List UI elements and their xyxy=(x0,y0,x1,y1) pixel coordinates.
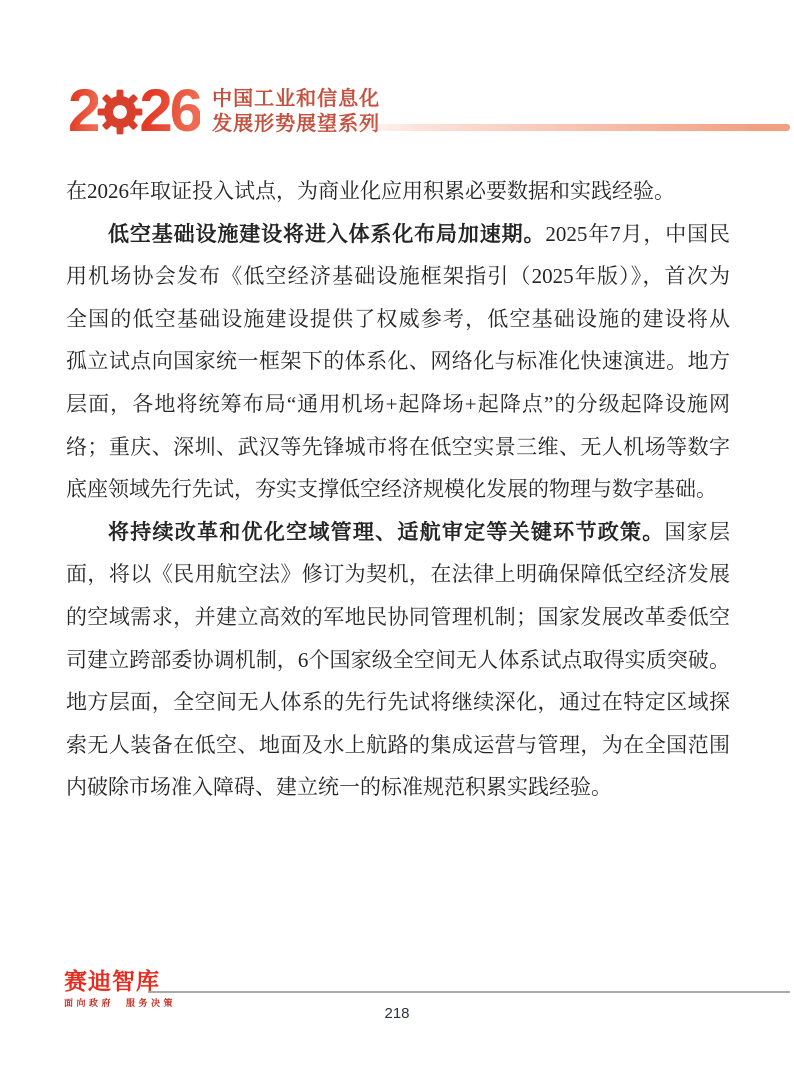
text-line: 用机场协会发布《低空经济基础设施框架指引（2025年版）》，首次为 xyxy=(66,255,730,298)
text-line: 层面，各地将统筹布局“通用机场+起降场+起降点”的分级起降设施网 xyxy=(66,383,730,426)
text-segment: 底座领域先行先试，夯实支撑低空经济规模化发展的物理与数字基础。 xyxy=(66,477,717,501)
text-line: 低空基础设施建设将进入体系化布局加速期。2025年7月，中国民 xyxy=(66,213,730,256)
page-number: 218 xyxy=(0,1005,794,1022)
text-segment: 用机场协会发布《低空经济基础设施框架指引（2025年版）》，首次为 xyxy=(66,264,730,288)
text-line: 孤立试点向国家统一框架下的体系化、网络化与标准化快速演进。地方 xyxy=(66,340,730,383)
header-gradient-bar xyxy=(330,124,790,131)
text-line: 地方层面，全空间无人体系的先行先试将继续深化，通过在特定区域探 xyxy=(66,681,730,724)
text-line: 内破除市场准入障碍、建立统一的标准规范积累实践经验。 xyxy=(66,766,730,809)
text-line: 面，将以《民用航空法》修订为契机，在法律上明确保障低空经济发展 xyxy=(66,553,730,596)
text-segment: 国家层 xyxy=(664,520,730,544)
logo-year-right: 26 xyxy=(139,83,200,139)
text-segment: 索无人装备在低空、地面及水上航路的集成运营与管理，为在全国范围 xyxy=(66,733,730,757)
text-line: 底座领域先行先试，夯实支撑低空经济规模化发展的物理与数字基础。 xyxy=(66,468,730,511)
text-segment: 内破除市场准入障碍、建立统一的标准规范积累实践经验。 xyxy=(66,775,612,799)
body-text: 在2026年取证投入试点，为商业化应用积累必要数据和实践经验。低空基础设施建设将… xyxy=(66,170,730,809)
text-segment: 地方层面，全空间无人体系的先行先试将继续深化，通过在特定区域探 xyxy=(66,690,730,714)
logo-2026: 2 26 xyxy=(68,82,200,140)
logo-year-left: 2 xyxy=(68,83,98,139)
document-page: 2 26 xyxy=(0,0,794,1077)
series-title-line1: 中国工业和信息化 xyxy=(212,87,380,112)
text-segment: 司建立跨部委协调机制，6个国家级全空间无人体系试点取得实质突破。 xyxy=(66,648,730,672)
text-line: 索无人装备在低空、地面及水上航路的集成运营与管理，为在全国范围 xyxy=(66,724,730,767)
text-line: 将持续改革和优化空域管理、适航审定等关键环节政策。国家层 xyxy=(66,511,730,554)
gear-icon xyxy=(97,89,143,140)
text-segment: 孤立试点向国家统一框架下的体系化、网络化与标准化快速演进。地方 xyxy=(66,349,730,373)
bold-text-segment: 将持续改革和优化空域管理、适航审定等关键环节政策。 xyxy=(108,520,664,544)
text-segment: 面，将以《民用航空法》修订为契机，在法律上明确保障低空经济发展 xyxy=(66,562,730,586)
text-line: 的空域需求，并建立高效的军地民协同管理机制；国家发展改革委低空 xyxy=(66,596,730,639)
footer-logo-name: 赛迪智库 xyxy=(64,969,176,993)
text-segment: 络；重庆、深圳、武汉等先锋城市将在低空实景三维、无人机场等数字 xyxy=(66,435,730,459)
text-line: 全国的低空基础设施建设提供了权威参考，低空基础设施的建设将从 xyxy=(66,298,730,341)
text-line: 络；重庆、深圳、武汉等先锋城市将在低空实景三维、无人机场等数字 xyxy=(66,426,730,469)
footer-divider-line xyxy=(148,991,790,993)
header: 2 26 xyxy=(68,82,380,140)
text-segment: 全国的低空基础设施建设提供了权威参考，低空基础设施的建设将从 xyxy=(66,307,730,331)
text-segment: 在2026年取证投入试点，为商业化应用积累必要数据和实践经验。 xyxy=(66,179,675,203)
text-segment: 层面，各地将统筹布局“通用机场+起降场+起降点”的分级起降设施网 xyxy=(66,392,730,416)
text-line: 在2026年取证投入试点，为商业化应用积累必要数据和实践经验。 xyxy=(66,170,730,213)
bold-text-segment: 低空基础设施建设将进入体系化布局加速期。 xyxy=(108,222,545,246)
footer-logo: 赛迪智库 面向政府 服务决策 xyxy=(64,969,176,1009)
text-segment: 2025年7月，中国民 xyxy=(545,222,730,246)
text-line: 司建立跨部委协调机制，6个国家级全空间无人体系试点取得实质突破。 xyxy=(66,639,730,682)
text-segment: 的空域需求，并建立高效的军地民协同管理机制；国家发展改革委低空 xyxy=(66,605,730,629)
